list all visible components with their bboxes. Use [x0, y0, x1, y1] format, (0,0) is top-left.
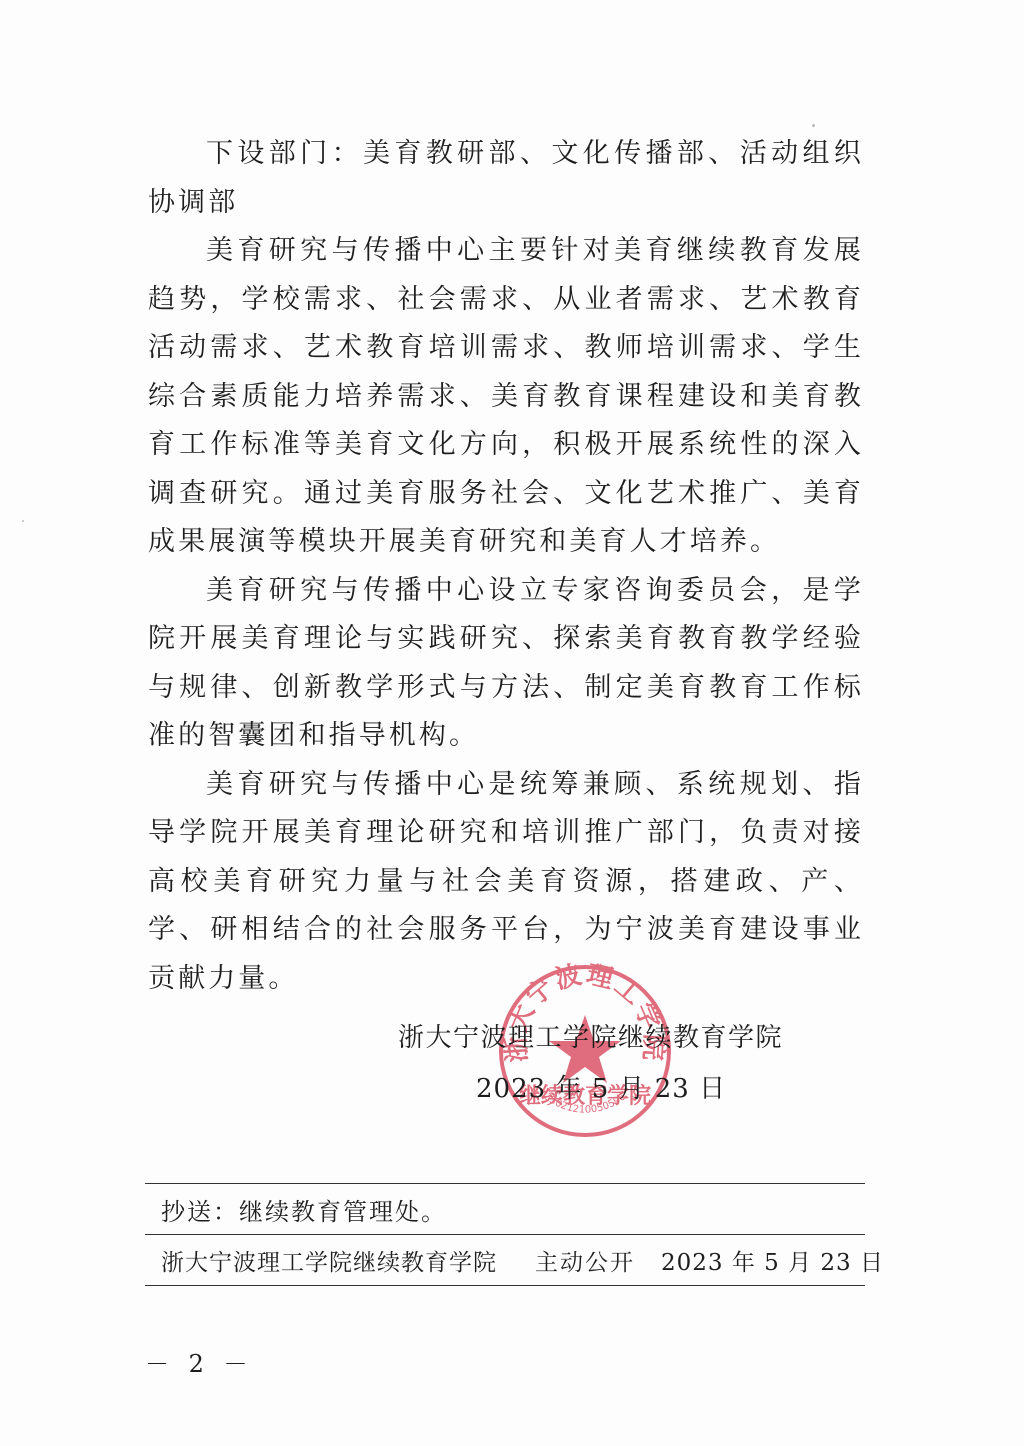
signature-block: 浙大宁波理工学院继续教育学院 2023 年 5 月 23 日	[398, 1020, 798, 1107]
document-page: 下设部门：美育教研部、文化传播部、活动组织协调部 美育研究与传播中心主要针对美育…	[0, 0, 1024, 1446]
issue-date: 2023 年 5 月 23 日	[661, 1244, 884, 1277]
page-number: － 2 －	[145, 1344, 254, 1379]
cc-line: 抄送：继续教育管理处。	[145, 1184, 865, 1234]
paragraph-center-research: 美育研究与传播中心主要针对美育继续教育发展趋势，学校需求、社会需求、从业者需求、…	[148, 227, 864, 567]
issuer-name: 浙大宁波理工学院继续教育学院	[161, 1244, 497, 1277]
signature-date: 2023 年 5 月 23 日	[476, 1071, 798, 1107]
paragraph-departments: 下设部门：美育教研部、文化传播部、活动组织协调部	[148, 130, 864, 227]
disclosure-type: 主动公开	[535, 1244, 635, 1277]
scan-speck	[812, 124, 815, 127]
issue-line: 浙大宁波理工学院继续教育学院 主动公开 2023 年 5 月 23 日	[145, 1235, 865, 1285]
footer-rule-bottom	[145, 1285, 865, 1286]
document-body: 下设部门：美育教研部、文化传播部、活动组织协调部 美育研究与传播中心主要针对美育…	[148, 130, 864, 1003]
document-footer: 抄送：继续教育管理处。 浙大宁波理工学院继续教育学院 主动公开 2023 年 5…	[145, 1183, 865, 1286]
paragraph-expert-committee: 美育研究与传播中心设立专家咨询委员会，是学院开展美育理论与实践研究、探索美育教育…	[148, 567, 864, 761]
scan-speck	[22, 520, 24, 522]
signature-organization: 浙大宁波理工学院继续教育学院	[398, 1020, 798, 1056]
